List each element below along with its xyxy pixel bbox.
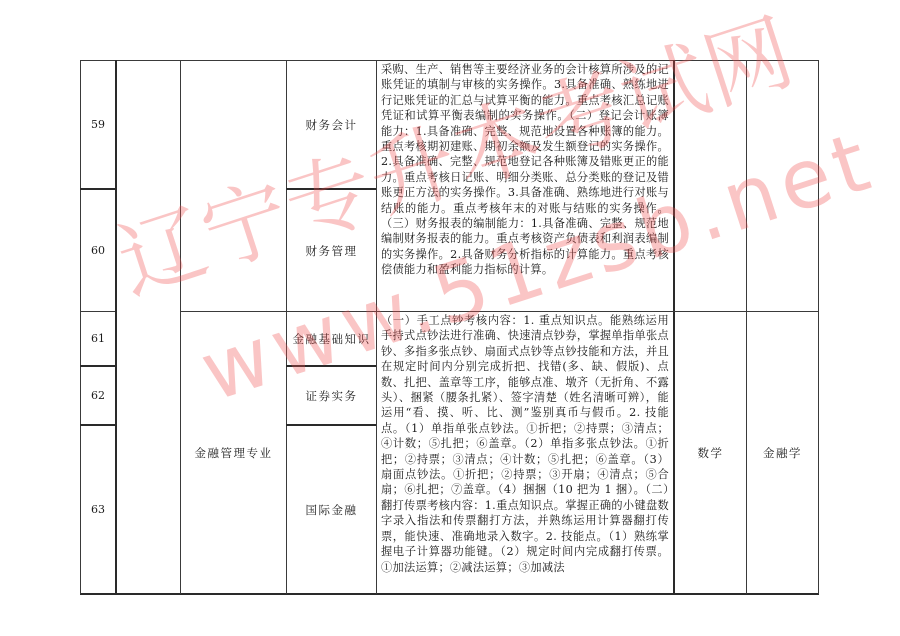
course-cell: 财务会计 — [287, 61, 376, 188]
exam-content-cell: 采购、生产、销售等主要经济业务的会计核算所涉及的记账凭证的填制与审核的实务操作。… — [381, 62, 669, 310]
table-border-right — [818, 60, 819, 594]
course-cell: 证券实务 — [287, 367, 376, 424]
row-number: 62 — [81, 367, 115, 424]
exam-content-text: （一）手工点钞考核内容：1. 重点知识点。能熟练运用手持式点钞法进行准确、快速清… — [381, 313, 669, 575]
course-cell: 财务管理 — [287, 190, 376, 311]
row-number: 63 — [81, 426, 115, 593]
subject-cell: 数学 — [675, 312, 746, 593]
document-page: 59 60 61 62 63 金融管理专业 财务会计 财务管理 金融基础知识 证… — [0, 0, 900, 636]
row-number: 60 — [81, 190, 115, 311]
related-major-cell: 金融学 — [747, 312, 818, 593]
row-number: 61 — [81, 312, 115, 365]
row-number: 59 — [81, 61, 115, 188]
subject-cell — [675, 61, 746, 311]
col-divider-1 — [115, 60, 117, 594]
col-divider-4 — [376, 60, 377, 594]
course-cell: 金融基础知识 — [287, 312, 376, 365]
table-border-bottom — [80, 593, 819, 595]
major-cell — [181, 61, 286, 311]
major-cell: 金融管理专业 — [181, 312, 286, 593]
exam-content-text: 采购、生产、销售等主要经济业务的会计核算所涉及的记账凭证的填制与审核的实务操作。… — [381, 62, 669, 278]
exam-content-cell: （一）手工点钞考核内容：1. 重点知识点。能熟练运用手持式点钞法进行准确、快速清… — [381, 313, 669, 592]
course-cell: 国际金融 — [287, 426, 376, 593]
related-major-cell — [747, 61, 818, 311]
